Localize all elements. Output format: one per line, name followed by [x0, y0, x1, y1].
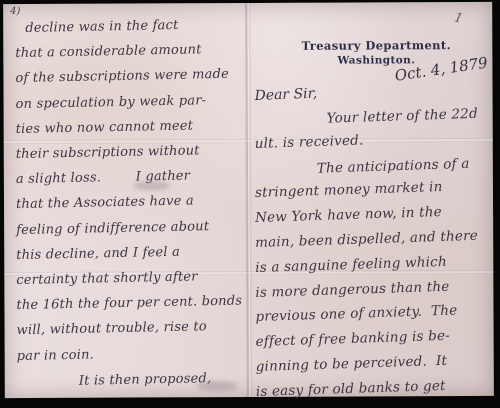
handwritten-line: par in coin. [16, 339, 252, 369]
letter-paper: 4) decline was in the fact that a consid… [3, 2, 494, 398]
right-page-text: Your letter of the 22d ult. is received.… [255, 106, 492, 405]
erased-word-smudge [134, 181, 170, 190]
erased-word-smudge [197, 381, 237, 391]
salutation: Dear Sir, [254, 86, 317, 104]
photo-background: 4) decline was in the fact that a consid… [0, 0, 500, 408]
right-page: 1 Treasury Department. Washington. Oct. … [250, 2, 494, 397]
letterhead-department: Treasury Department. [288, 38, 464, 53]
page-number-mark: 1 [452, 10, 464, 27]
left-page: 4) decline was in the fact that a consid… [3, 3, 252, 398]
left-page-text: decline was in the fact that a considera… [15, 15, 253, 394]
